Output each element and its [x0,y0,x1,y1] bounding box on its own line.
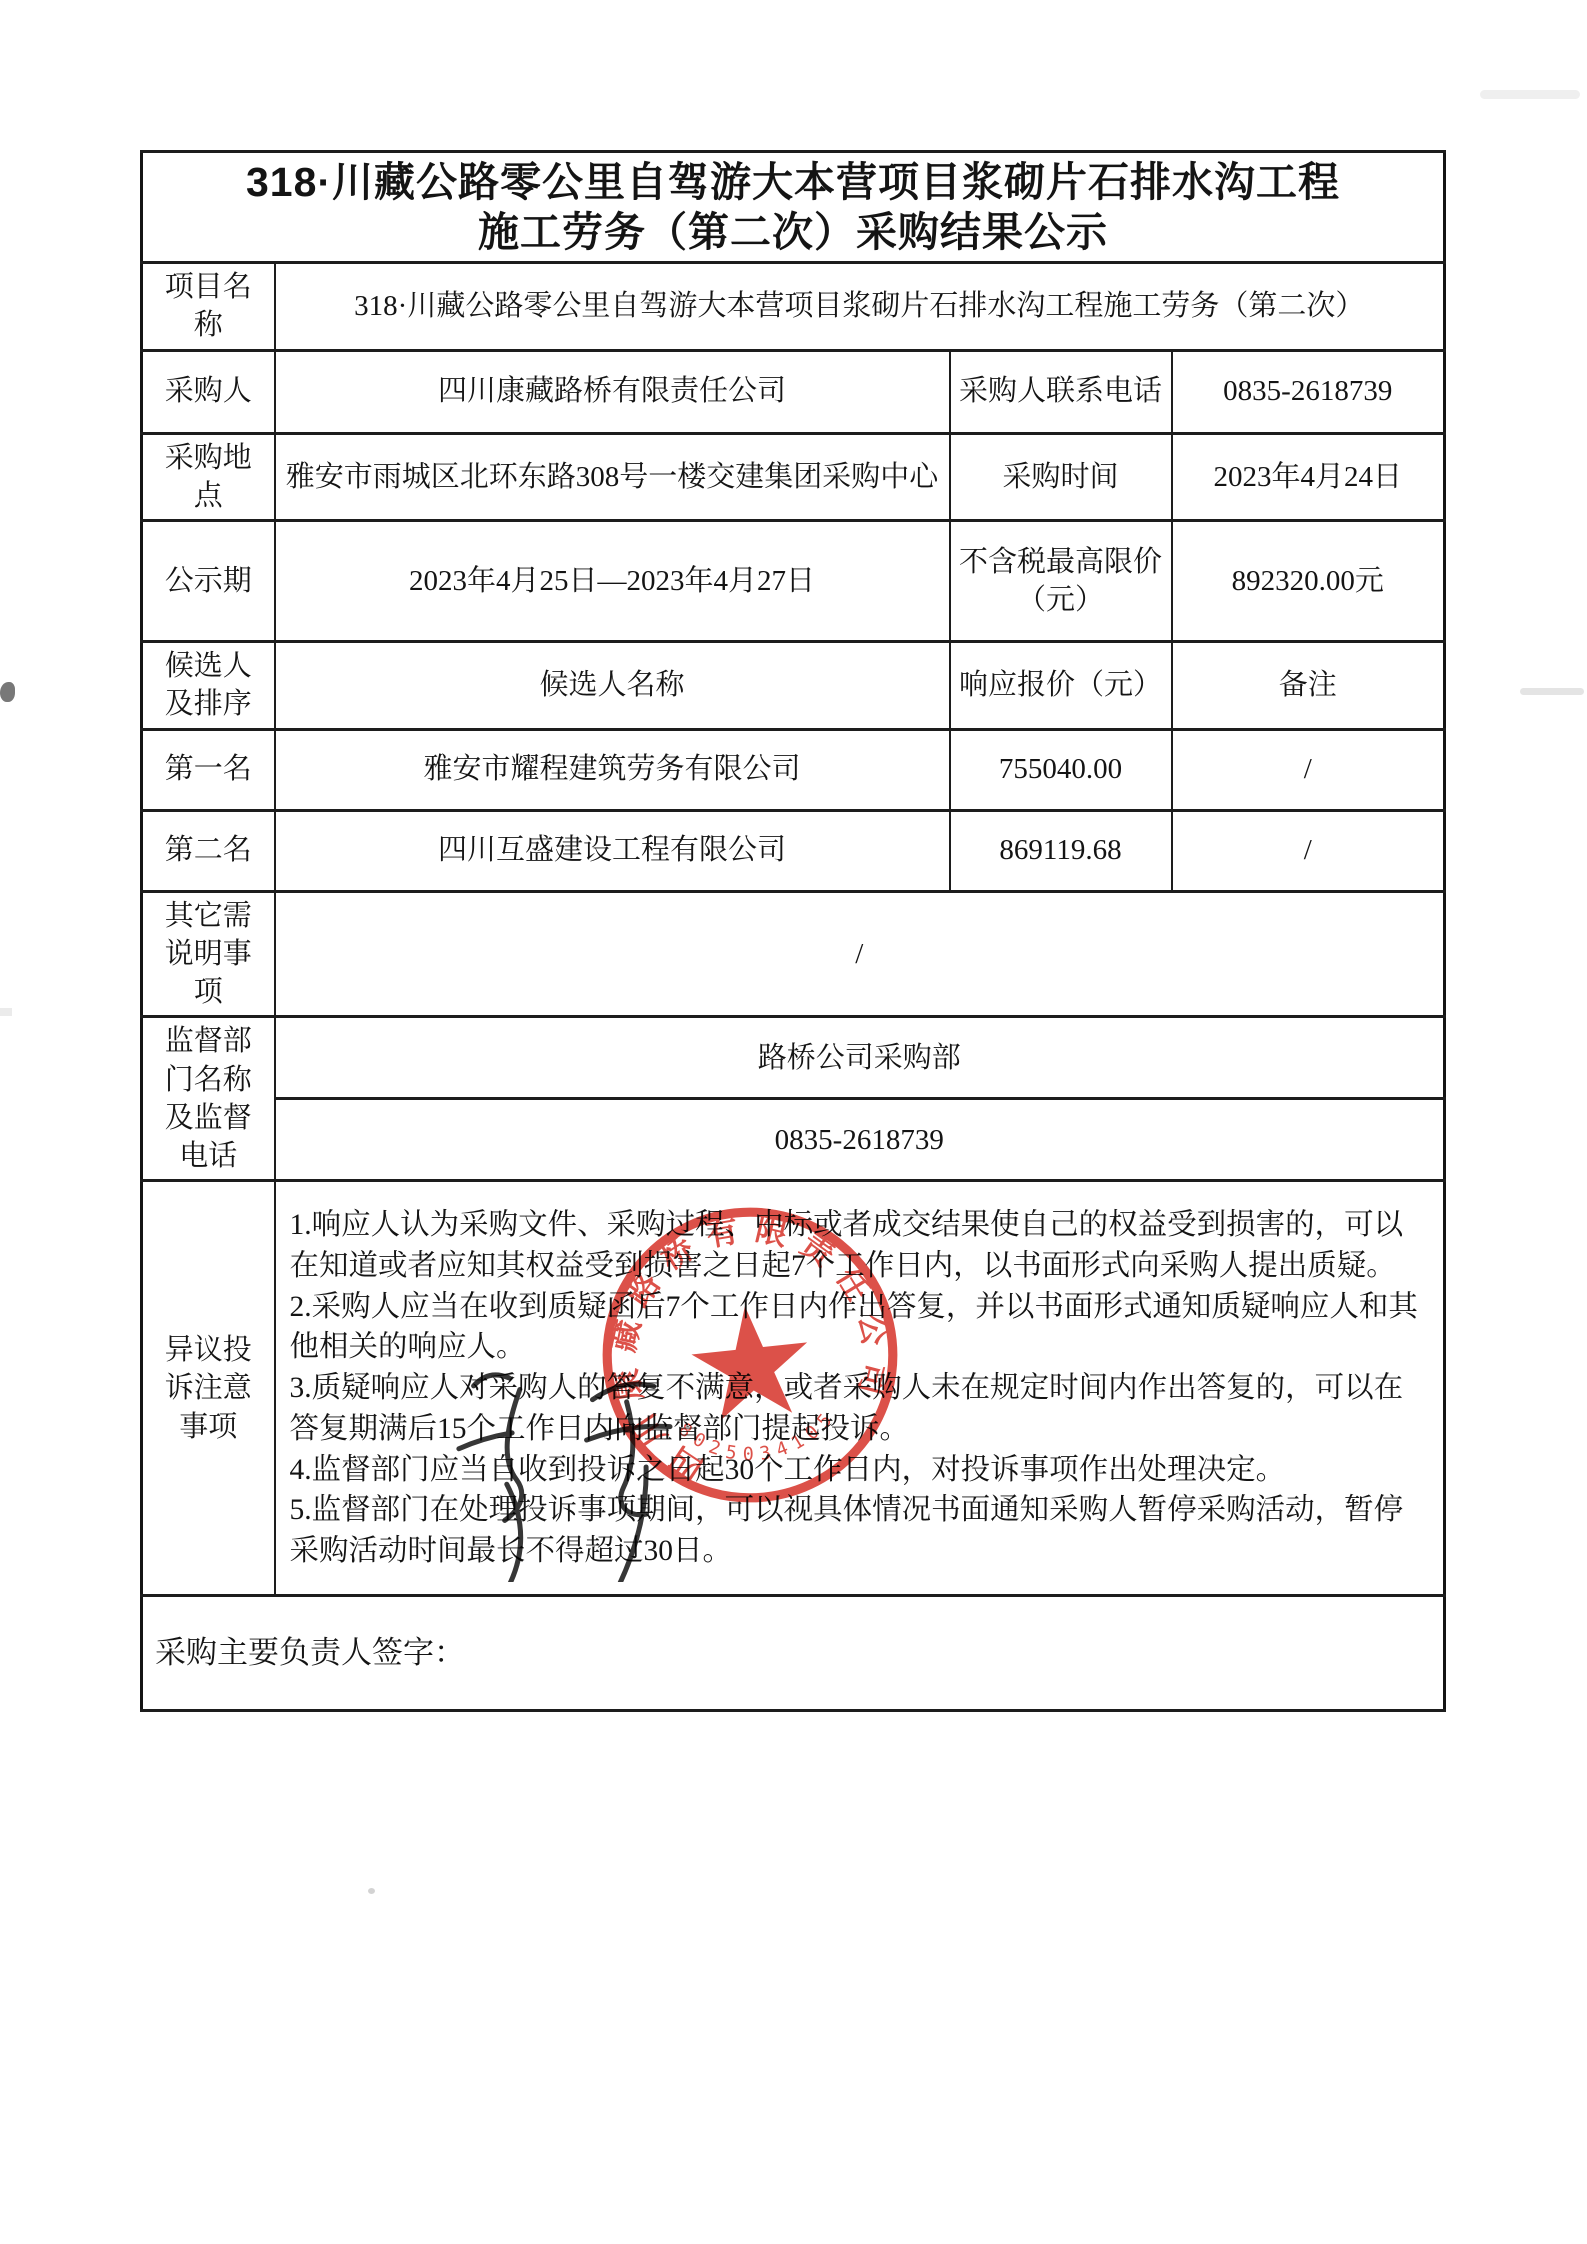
purchaser-label: 采购人 [142,350,275,433]
scan-smudge [1480,90,1580,99]
candidate-2-name: 四川互盛建设工程有限公司 [275,810,950,891]
location-label: 采购地点 [142,433,275,521]
candidate-2-rank: 第二名 [142,810,275,891]
scan-smudge [0,1008,12,1016]
signature-row: 采购主要负责人签字： [142,1596,1445,1711]
candidate-2-price: 869119.68 [950,810,1172,891]
candidate-header-row: 候选人及排序 候选人名称 响应报价（元） 备注 [142,642,1445,730]
candidate-1-remark: / [1172,729,1445,810]
project-name-label: 项目名称 [142,263,275,351]
purchaser-phone-label: 采购人联系电话 [950,350,1172,433]
supervision-dept-row: 监督部门名称及监督电话 路桥公司采购部 [142,1017,1445,1099]
purchase-time-label: 采购时间 [950,433,1172,521]
objection-item-3: 3.质疑响应人对采购人的答复不满意，或者采购人未在规定时间内作出答复的，可以在答… [290,1368,1426,1449]
objection-item-1: 1.响应人认为采购文件、采购过程、中标或者成交结果使自己的权益受到损害的，可以在… [290,1205,1426,1286]
project-name-value: 318·川藏公路零公里自驾游大本营项目浆砌片石排水沟工程施工劳务（第二次） [275,263,1445,351]
location-row: 采购地点 雅安市雨城区北环东路308号一楼交建集团采购中心 采购时间 2023年… [142,433,1445,521]
supervision-label: 监督部门名称及监督电话 [142,1017,275,1181]
objection-notice-label: 异议投诉注意事项 [142,1181,275,1596]
publicity-period-row: 公示期 2023年4月25日—2023年4月27日 不含税最高限价（元） 892… [142,521,1445,642]
signature-label: 采购主要负责人签字： [155,1635,465,1670]
candidate-name-header: 候选人名称 [275,642,950,730]
price-limit-value: 892320.00元 [1172,521,1445,642]
document-title-line1: 318·川藏公路零公里自驾游大本营项目浆砌片石排水沟工程 [151,157,1435,207]
candidate-price-header: 响应报价（元） [950,642,1172,730]
candidate-rank-header: 候选人及排序 [142,642,275,730]
supervision-phone-value: 0835-2618739 [275,1099,1445,1181]
purchaser-phone-value: 0835-2618739 [1172,350,1445,433]
signature-cell: 采购主要负责人签字： [142,1596,1445,1711]
scan-smudge [368,1888,375,1894]
objection-item-5: 5.监督部门在处理投诉事项期间，可以视具体情况书面通知采购人暂停采购活动，暂停采… [290,1490,1426,1571]
candidate-1-price: 755040.00 [950,729,1172,810]
document-title: 318·川藏公路零公里自驾游大本营项目浆砌片石排水沟工程 施工劳务（第二次）采购… [142,152,1445,263]
candidate-1-name: 雅安市耀程建筑劳务有限公司 [275,729,950,810]
scan-smudge [1520,688,1584,695]
supervision-dept-value: 路桥公司采购部 [275,1017,1445,1099]
other-notes-row: 其它需说明事项 / [142,891,1445,1017]
purchaser-value: 四川康藏路桥有限责任公司 [275,350,950,433]
candidate-2-remark: / [1172,810,1445,891]
publicity-period-label: 公示期 [142,521,275,642]
title-row: 318·川藏公路零公里自驾游大本营项目浆砌片石排水沟工程 施工劳务（第二次）采购… [142,152,1445,263]
purchase-time-value: 2023年4月24日 [1172,433,1445,521]
supervision-phone-row: 0835-2618739 [142,1099,1445,1181]
objection-notice-text: 1.响应人认为采购文件、采购过程、中标或者成交结果使自己的权益受到损害的，可以在… [275,1181,1445,1596]
document-title-line2: 施工劳务（第二次）采购结果公示 [151,207,1435,257]
project-name-row: 项目名称 318·川藏公路零公里自驾游大本营项目浆砌片石排水沟工程施工劳务（第二… [142,263,1445,351]
objection-notice-row: 异议投诉注意事项 1.响应人认为采购文件、采购过程、中标或者成交结果使自己的权益… [142,1181,1445,1596]
candidate-remark-header: 备注 [1172,642,1445,730]
other-notes-label: 其它需说明事项 [142,891,275,1017]
scan-smudge [0,682,15,702]
procurement-result-table: 318·川藏公路零公里自驾游大本营项目浆砌片石排水沟工程 施工劳务（第二次）采购… [140,150,1446,1712]
purchaser-row: 采购人 四川康藏路桥有限责任公司 采购人联系电话 0835-2618739 [142,350,1445,433]
candidate-1-rank: 第一名 [142,729,275,810]
other-notes-value: / [275,891,1445,1017]
location-value: 雅安市雨城区北环东路308号一楼交建集团采购中心 [275,433,950,521]
objection-item-2: 2.采购人应当在收到质疑函后7个工作日内作出答复，并以书面形式通知质疑响应人和其… [290,1287,1426,1368]
price-limit-label: 不含税最高限价（元） [950,521,1172,642]
table-row: 第一名 雅安市耀程建筑劳务有限公司 755040.00 / [142,729,1445,810]
table-row: 第二名 四川互盛建设工程有限公司 869119.68 / [142,810,1445,891]
publicity-period-value: 2023年4月25日—2023年4月27日 [275,521,950,642]
objection-item-4: 4.监督部门应当自收到投诉之日起30个工作日内，对投诉事项作出处理决定。 [290,1450,1426,1491]
